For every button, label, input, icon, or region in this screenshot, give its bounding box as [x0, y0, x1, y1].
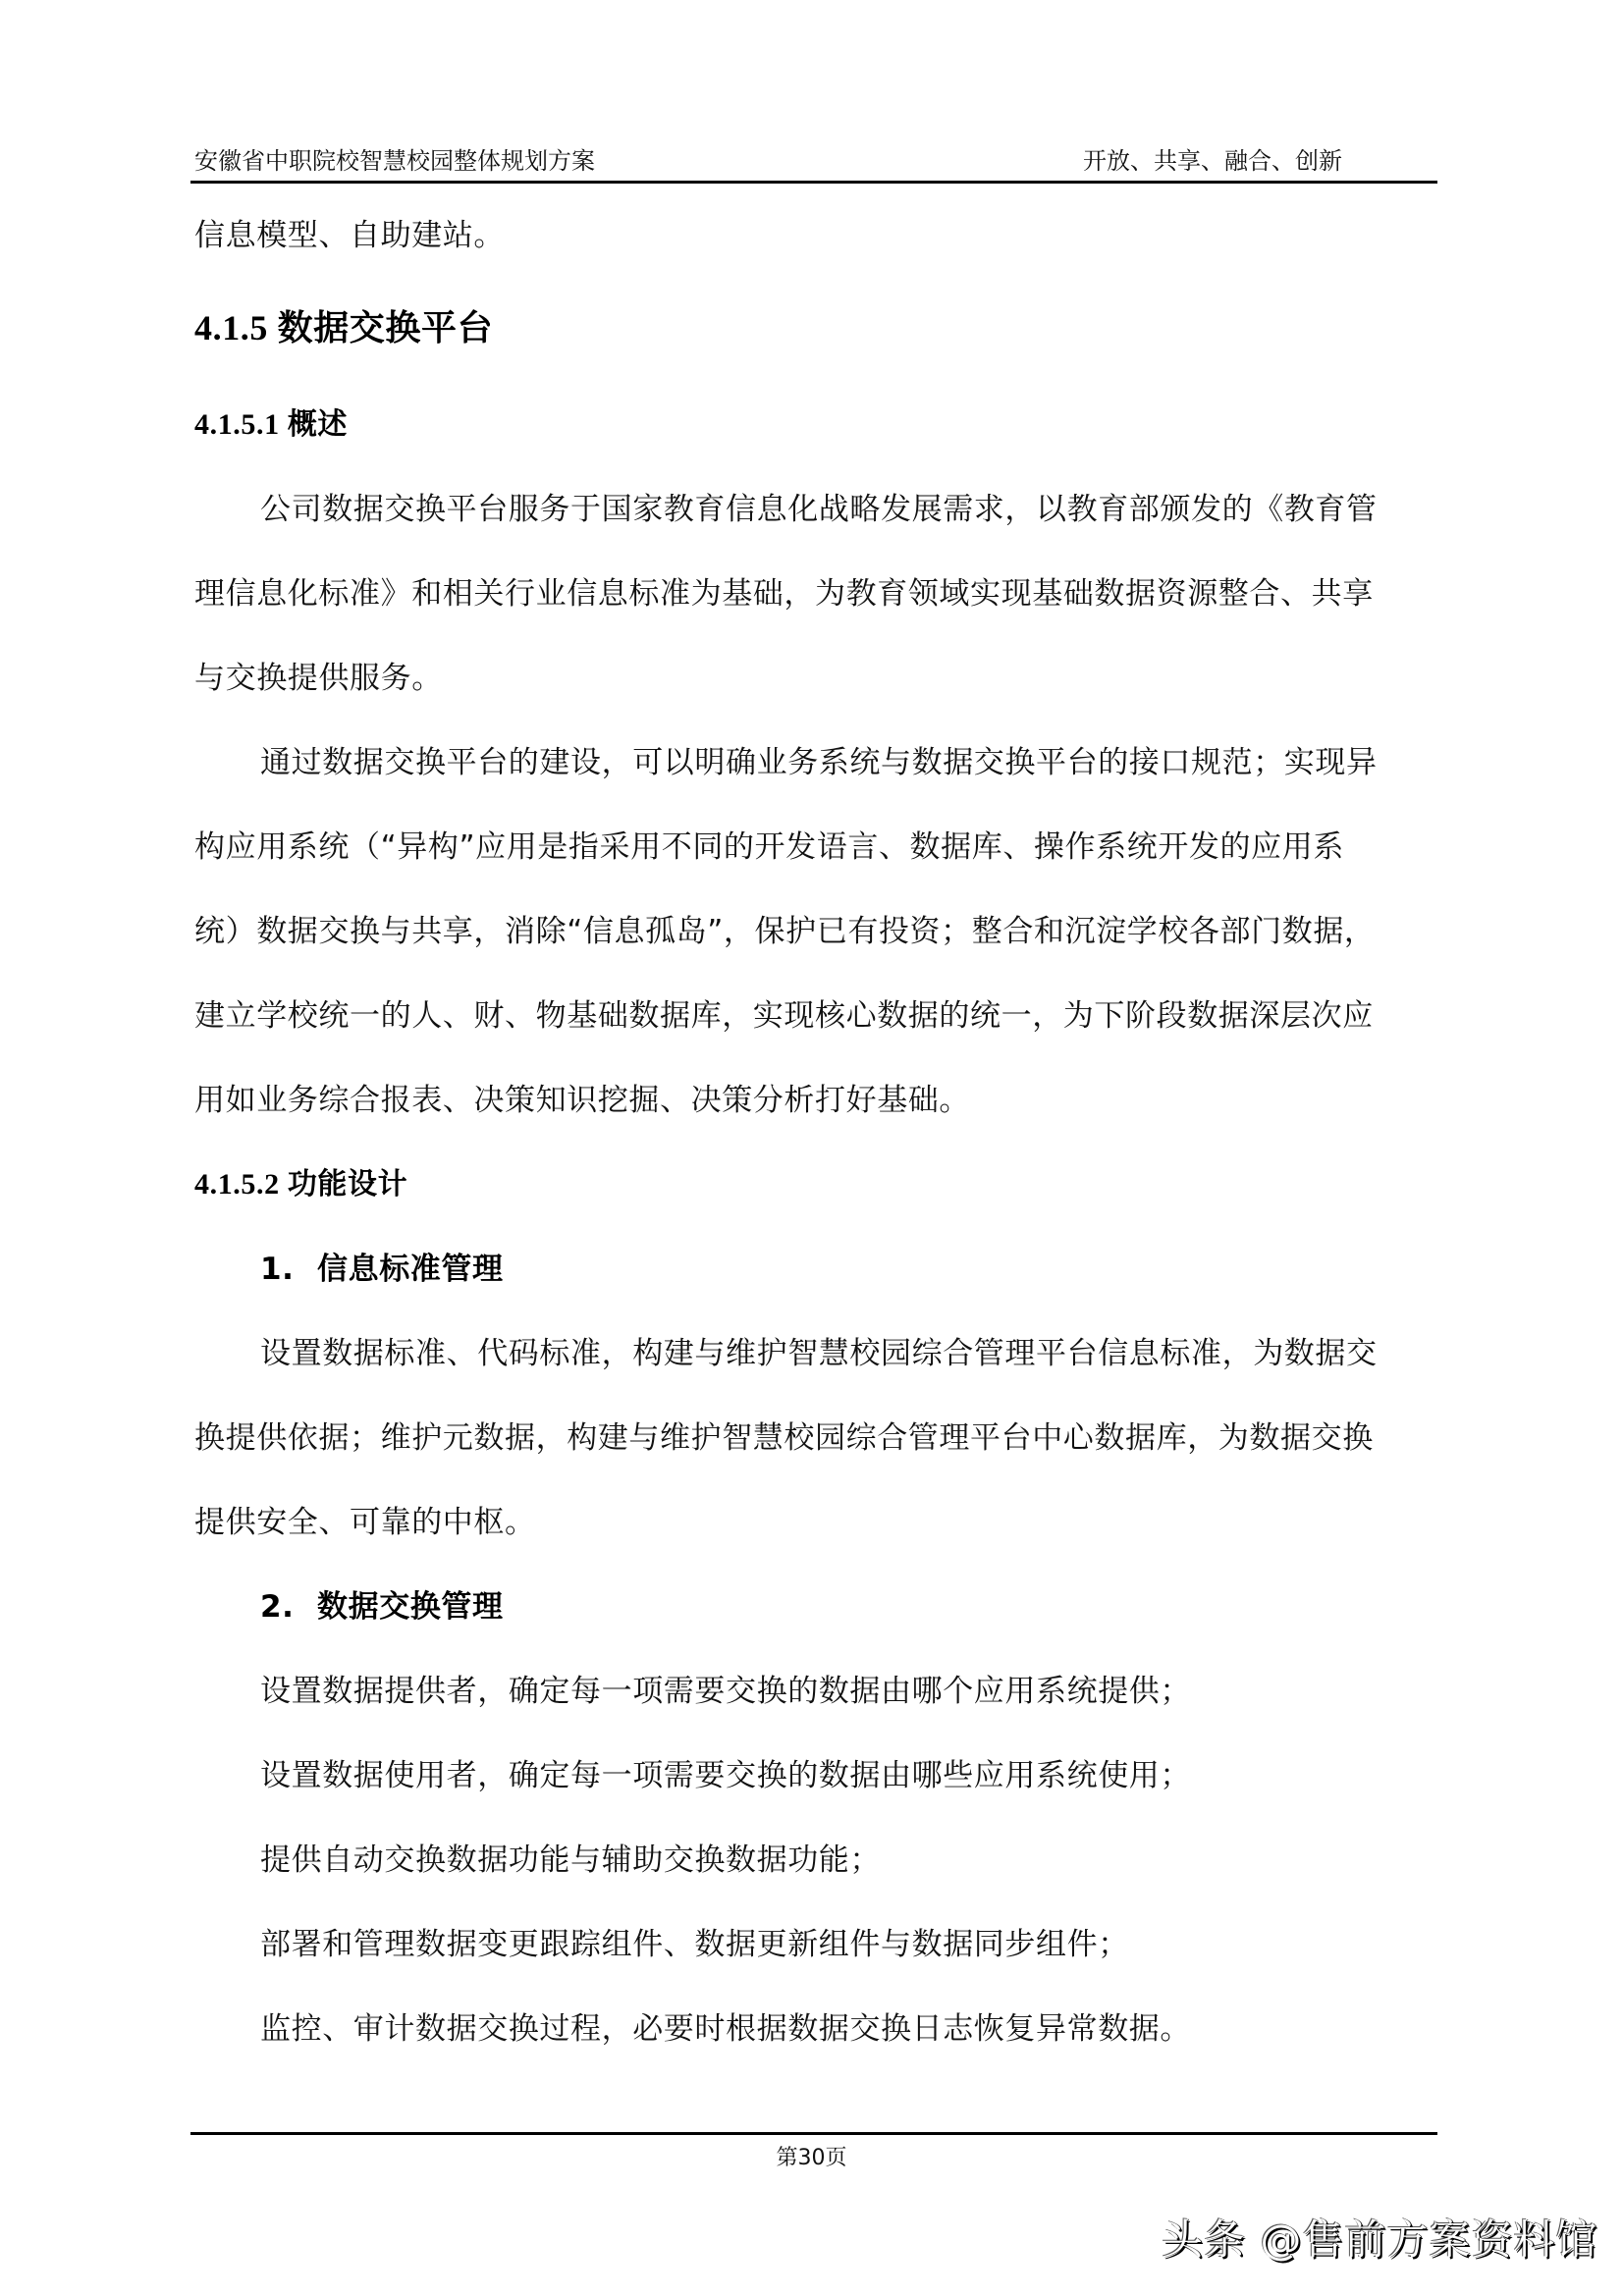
paragraph-line: 部署和管理数据变更跟踪组件、数据更新组件与数据同步组件；	[260, 1925, 1507, 1964]
paragraph-line: 与交换提供服务。	[194, 659, 1441, 698]
list-item-number: 1.	[260, 1250, 317, 1289]
footer-divider	[190, 2132, 1437, 2135]
subsection-number: 4.1.5.2	[194, 1168, 280, 1201]
subsection-heading-function-design: 4.1.5.2 功能设计	[194, 1165, 1441, 1204]
header-slogan: 开放、共享、融合、创新	[1083, 146, 1436, 176]
continuation-text: 信息模型、自助建站。	[194, 216, 1441, 255]
paragraph-line: 提供自动交换数据功能与辅助交换数据功能；	[260, 1841, 1507, 1880]
page-number: 第30页	[0, 2145, 1623, 2172]
list-item-heading: 1.信息标准管理	[260, 1250, 1507, 1289]
paragraph-line: 统）数据交换与共享，消除“信息孤岛”，保护已有投资；整合和沉淀学校各部门数据，	[194, 912, 1441, 951]
paragraph-line: 提供安全、可靠的中枢。	[194, 1503, 1441, 1542]
paragraph-line: 设置数据使用者，确定每一项需要交换的数据由哪些应用系统使用；	[260, 1756, 1507, 1795]
running-header: 安徽省中职院校智慧校园整体规划方案 开放、共享、融合、创新	[194, 140, 1436, 176]
watermark: 头条 @售前方案资料馆	[1162, 2215, 1597, 2266]
paragraph-line: 通过数据交换平台的建设，可以明确业务系统与数据交换平台的接口规范；实现异	[260, 743, 1507, 782]
subsection-number: 4.1.5.1	[194, 408, 280, 441]
paragraph-line: 建立学校统一的人、财、物基础数据库，实现核心数据的统一，为下阶段数据深层次应	[194, 996, 1441, 1036]
paragraph-line: 设置数据提供者，确定每一项需要交换的数据由哪个应用系统提供；	[260, 1672, 1507, 1711]
list-item-heading: 2.数据交换管理	[260, 1587, 1507, 1627]
paragraph-line: 公司数据交换平台服务于国家教育信息化战略发展需求，以教育部颁发的《教育管	[260, 490, 1507, 529]
paragraph-line: 设置数据标准、代码标准，构建与维护智慧校园综合管理平台信息标准，为数据交	[260, 1334, 1507, 1373]
section-title: 数据交换平台	[278, 308, 494, 348]
subsection-heading-overview: 4.1.5.1 概述	[194, 405, 1441, 445]
section-number: 4.1.5	[194, 308, 268, 347]
list-item-number: 2.	[260, 1587, 317, 1627]
list-item-title: 数据交换管理	[317, 1589, 504, 1625]
paragraph-line: 换提供依据；维护元数据，构建与维护智慧校园综合管理平台中心数据库，为数据交换	[194, 1418, 1441, 1458]
paragraph-line: 理信息化标准》和相关行业信息标准为基础，为教育领域实现基础数据资源整合、共享	[194, 574, 1441, 614]
subsection-title: 概述	[288, 407, 348, 442]
document-page: 安徽省中职院校智慧校园整体规划方案 开放、共享、融合、创新 信息模型、自助建站。…	[0, 0, 1623, 2296]
section-heading: 4.1.5 数据交换平台	[194, 306, 1441, 350]
paragraph-line: 用如业务综合报表、决策知识挖掘、决策分析打好基础。	[194, 1081, 1441, 1120]
list-item-title: 信息标准管理	[317, 1252, 504, 1287]
paragraph-line: 监控、审计数据交换过程，必要时根据数据交换日志恢复异常数据。	[260, 2009, 1507, 2049]
paragraph-line: 构应用系统（“异构”应用是指采用不同的开发语言、数据库、操作系统开发的应用系	[194, 828, 1441, 867]
subsection-title: 功能设计	[288, 1167, 407, 1201]
header-divider	[190, 181, 1437, 184]
document-title: 安徽省中职院校智慧校园整体规划方案	[194, 146, 595, 176]
